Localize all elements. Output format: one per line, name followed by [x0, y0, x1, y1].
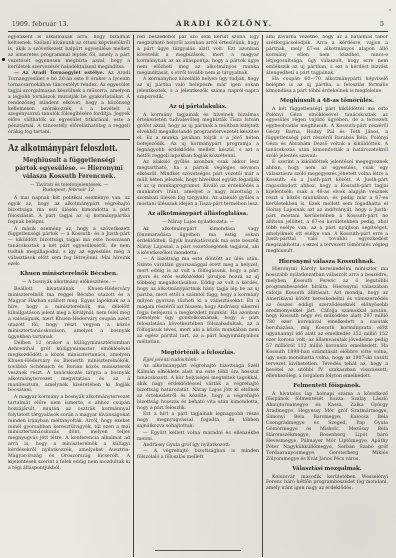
article-paragraph: Délben 12 órakor a külügyminisztériumban… — [8, 341, 130, 394]
quote-line: — A végrehajtó bizottságban is minden fö… — [137, 449, 259, 461]
section-heading: Választási mozgalmak. — [266, 466, 388, 473]
article-paragraph: ami zavarba vezetne, hogy az a hatalmas … — [266, 35, 388, 76]
scanned-content: 1909. február 13. ARADI KÖZLÖNY. 5 egyen… — [0, 0, 396, 557]
masthead-page-number: 5 — [380, 20, 384, 28]
article-paragraph: A hivatalos lap holnapi száma a következ… — [266, 392, 388, 463]
column-right: ami zavarba vezetne, hogy az a hatalmas … — [266, 35, 388, 557]
article-paragraph: Az alakuló gyűlés azonban csak akkor les… — [137, 160, 259, 207]
column-middle: réti beszédéből pár szó sem került szóba… — [137, 35, 259, 557]
article-paragraph: A másik esemény az, hogy a szövetkezett … — [8, 227, 130, 268]
section-subline: — A bosnyák alkotmány előkészítése. — — [8, 280, 130, 286]
section-heading: Khuen miniszterelnök Bécsben. — [8, 271, 130, 278]
news-brief: — Az Aradi Tornaegylet estélye. Az Aradi… — [8, 71, 130, 136]
article-paragraph: A két függetlenségi párt kiküldöttei ma … — [266, 107, 388, 160]
masthead-title: ARADI KÖZLÖNY. — [176, 19, 273, 28]
columns: egyenként is alkalmasak arra, hogy bizal… — [0, 32, 396, 557]
masthead-date: 1909. február 13. — [12, 21, 69, 28]
column-left: egyenként is alkalmasak arra, hogy bizal… — [8, 35, 130, 557]
quote-line: — Együtt kellett volna maradni és ellenz… — [137, 431, 259, 443]
article-paragraph: E szerint a kiküldöttek jelentései megeg… — [266, 160, 388, 255]
brief-label: — Az Aradi Tornaegylet estélye. — [14, 71, 108, 76]
newspaper-page: 1909. február 13. ARADI KÖZLÖNY. 5 egyen… — [0, 0, 396, 558]
section-heading: Felmentett főispánok. — [266, 383, 388, 390]
article-paragraph: Hieronymi Károly kereskedelmi miniszter … — [266, 267, 388, 380]
column-divider — [262, 35, 263, 557]
article-paragraph: Ha csupán 60—70 alkotmánypárti képviselő… — [266, 77, 388, 95]
section-subline: — Náray Lajos nyilatkozata. — — [137, 220, 259, 226]
section-heading: Hieronymi válasza Kossuthnak. — [266, 259, 388, 266]
column-rule — [8, 139, 130, 140]
column-divider — [133, 35, 134, 557]
section-heading: Az uj pártalakulás. — [137, 104, 259, 111]
section-heading: Megtörténik a feloszlás. — [137, 350, 259, 357]
article-paragraph: Ezt a hírt a párt tagjainak legnagyobb r… — [137, 412, 259, 430]
article-paragraph: Kolozsvár második kerületében Wesselényi… — [266, 475, 388, 493]
article-paragraph: Beállott hivatalának Khuen-Héderváry min… — [8, 287, 130, 340]
article-paragraph: Az alkotmánypárt végrehajtó bizottsága S… — [137, 364, 259, 411]
article-paragraph: Andrássy Gyula gróf így nyilatkozott: — [137, 443, 259, 449]
masthead: 1909. február 13. ARADI KÖZLÖNY. 5 — [0, 0, 396, 30]
section-heading: Az alkotmánypárt állásfoglalása. — [137, 211, 259, 218]
article-subhead: Meghiusult a függetlenségi pártok egyesü… — [11, 157, 127, 180]
article-end-rule — [155, 550, 241, 551]
article-paragraph: A mai napnak két politikai eseménye van,… — [8, 196, 130, 226]
article-paragraph: A magyar kormány a bosnyák alkotmányterv… — [8, 395, 130, 472]
quote-line: — A bizottság ma este döntött az ülés ut… — [137, 257, 259, 346]
dateline: Budapest, február 12. — [8, 188, 130, 194]
article-paragraph: Az alkotmánypárt kimondása vagy fönnmara… — [137, 227, 259, 257]
article-paragraph: egyenként is alkalmasak arra, hogy bizal… — [8, 35, 130, 71]
section-heading: Meghiusult a 48-as tömörülés. — [266, 98, 388, 105]
article-paragraph: A kormány tagjainak és híveinek bizalmas… — [137, 113, 259, 160]
article-paragraph: A kormányhoz közelálló helyen úgy tudják… — [137, 77, 259, 101]
article-paragraph: réti beszédéből pár szó sem került szóba… — [137, 35, 259, 76]
article-headline: Az alkotmánypárt feloszlott. — [8, 143, 113, 154]
